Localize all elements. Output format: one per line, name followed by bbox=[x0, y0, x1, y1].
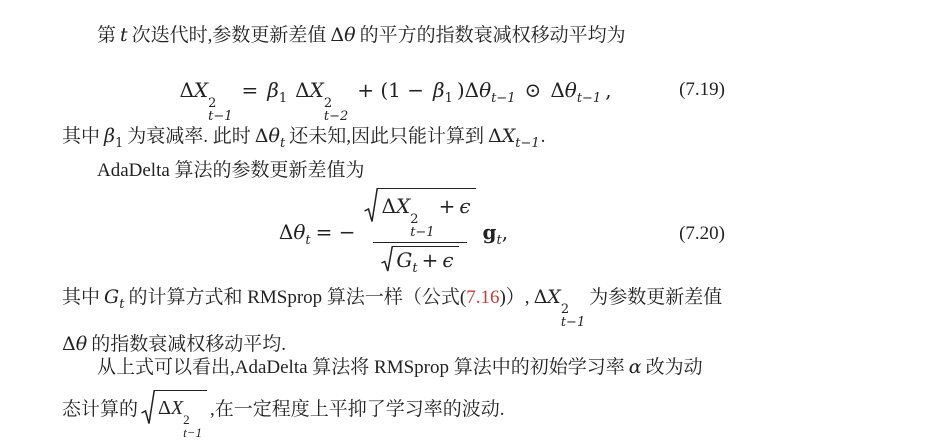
equation-number-7-20: (7.20) bbox=[679, 223, 725, 245]
alpha-symbol: α bbox=[629, 356, 642, 378]
text-run: 态计算的 bbox=[62, 399, 138, 420]
supsub-stack: 2t−1 bbox=[410, 213, 434, 239]
eq20-lhs: Δθt= − bbox=[279, 220, 361, 248]
x-symbol: X bbox=[547, 286, 561, 308]
paragraph-gt-note: 其中Gt的计算方式和 RMSprop 算法一样（公式(7.16)）,ΔX2t−1… bbox=[62, 282, 738, 360]
delta-symbol: Δ bbox=[534, 286, 548, 308]
text-run: )）, bbox=[499, 287, 529, 308]
g-capital-symbol: G bbox=[104, 286, 119, 308]
radical-sign-icon bbox=[364, 188, 378, 224]
text-run: 为参数更新差值 bbox=[589, 287, 722, 308]
comma: , bbox=[605, 78, 611, 102]
delta-symbol: Δ bbox=[295, 78, 309, 102]
x-symbol: X bbox=[396, 194, 410, 218]
theta-symbol: θ bbox=[269, 125, 280, 147]
equation-7-20: Δθt= − ΔX2t−1+ϵ Gt+ϵ gt, (7.20) bbox=[62, 190, 725, 278]
sqrt-radical: ΔX2t−1+ϵ bbox=[364, 188, 475, 239]
radicand: ΔX2t−1 bbox=[155, 390, 207, 439]
math-term-dX2-tm1: ΔX2t−1 bbox=[179, 78, 232, 102]
comma: , bbox=[502, 220, 508, 244]
text-run: 改为动 bbox=[646, 357, 703, 378]
paragraph-ewma-intro: 第t次迭代时,参数更新差值Δθ的平方的指数衰减权移动平均为 bbox=[62, 20, 738, 51]
equation-number-7-19: (7.19) bbox=[679, 66, 725, 114]
inline-math-beta1: β1 bbox=[104, 125, 123, 147]
sqrt-radical: ΔX2t−1 bbox=[141, 390, 207, 439]
math-term-beta1: β1 bbox=[267, 78, 287, 102]
equals-minus: = − bbox=[316, 220, 356, 244]
radical-sign-icon bbox=[141, 390, 155, 426]
textbook-page: 第t次迭代时,参数更新差值Δθ的平方的指数衰减权移动平均为 ΔX2t−1=β1Δ… bbox=[0, 0, 941, 443]
text-run: 从上式可以看出,AdaDelta 算法将 RMSprop 算法中的初始学习率 bbox=[97, 357, 625, 378]
supsub-stack: 2t−2 bbox=[324, 97, 348, 123]
text-run: 为衰减率. 此时 bbox=[127, 126, 251, 147]
text-run: 第 bbox=[97, 25, 116, 46]
sqrt-radical: Gt+ϵ bbox=[381, 246, 458, 280]
inline-math-delta-theta: Δθ bbox=[330, 24, 355, 46]
radical-sign-icon bbox=[381, 246, 393, 273]
delta-symbol: Δ bbox=[465, 78, 479, 102]
text-run: 的平方的指数衰减权移动平均为 bbox=[360, 25, 626, 46]
inline-math-t: t bbox=[120, 24, 128, 46]
x-symbol: X bbox=[502, 125, 516, 147]
inline-math-dX2-tm1: ΔX2t−1 bbox=[534, 286, 586, 308]
paragraph-line: 态计算的ΔX2t−1,在一定程度上平抑了学习率的波动. bbox=[62, 390, 738, 439]
delta-symbol: Δ bbox=[179, 78, 193, 102]
beta-symbol: β bbox=[104, 125, 115, 147]
plus-sign: + bbox=[422, 248, 439, 272]
delta-symbol: Δ bbox=[279, 220, 293, 244]
theta-symbol: θ bbox=[565, 78, 577, 102]
gradient-vector-symbol: g bbox=[483, 220, 497, 244]
theta-symbol: θ bbox=[293, 220, 305, 244]
text-run: AdaDelta 算法的参数更新差值为 bbox=[97, 160, 365, 181]
math-term-dtheta-tm1b: Δθt−1 bbox=[550, 78, 601, 102]
text-run: 次迭代时,参数更新差值 bbox=[132, 25, 327, 46]
math-term-beta1b: β1 bbox=[433, 78, 453, 102]
equation-row: Δθt= − ΔX2t−1+ϵ Gt+ϵ gt, bbox=[62, 190, 725, 278]
beta-symbol: β bbox=[433, 78, 445, 102]
delta-symbol: Δ bbox=[158, 397, 171, 419]
math-term-dtheta-tm1: Δθt−1 bbox=[465, 78, 516, 102]
inline-math-dtheta-t: Δθt bbox=[255, 125, 285, 147]
paragraph-beta-note: 其中β1为衰减率. 此时Δθt还未知,因此只能计算到ΔXt−1. bbox=[62, 121, 738, 159]
x-symbol: X bbox=[194, 78, 208, 102]
fraction-numerator: ΔX2t−1+ϵ bbox=[361, 188, 478, 242]
x-symbol: X bbox=[171, 397, 183, 419]
ref-link-7-16[interactable]: 7.16 bbox=[466, 287, 499, 308]
paragraph-conclusion: 从上式可以看出,AdaDelta 算法将 RMSprop 算法中的初始学习率α改… bbox=[62, 352, 738, 439]
inline-math-G-t: Gt bbox=[104, 286, 124, 308]
epsilon-symbol: ϵ bbox=[459, 194, 470, 218]
plus-open-paren: + (1 − bbox=[357, 78, 424, 102]
equation-7-19: ΔX2t−1=β1ΔX2t−2+ (1 −β1)Δθt−1⊙Δθt−1, (7.… bbox=[62, 66, 725, 114]
x-symbol: X bbox=[310, 78, 324, 102]
text-run: 其中 bbox=[62, 126, 100, 147]
epsilon-symbol: ϵ bbox=[442, 248, 453, 272]
inline-math-dX-tm1: ΔXt−1 bbox=[488, 125, 540, 147]
text-run: 其中 bbox=[62, 287, 100, 308]
paragraph-line: 其中Gt的计算方式和 RMSprop 算法一样（公式(7.16)）,ΔX2t−1… bbox=[62, 282, 738, 329]
text-run: 的计算方式和 RMSprop 算法一样（公式( bbox=[128, 287, 466, 308]
delta-symbol: Δ bbox=[381, 194, 395, 218]
theta-symbol: θ bbox=[479, 78, 491, 102]
fraction-denominator: Gt+ϵ bbox=[373, 242, 466, 280]
odot-operator: ⊙ bbox=[525, 78, 542, 102]
g-capital-symbol: G bbox=[396, 248, 412, 272]
plus-sign: + bbox=[439, 194, 456, 218]
delta-symbol: Δ bbox=[255, 125, 269, 147]
equals-sign: = bbox=[242, 78, 259, 102]
supsub-stack: 2t−1 bbox=[208, 97, 232, 123]
paragraph-line: 从上式可以看出,AdaDelta 算法将 RMSprop 算法中的初始学习率α改… bbox=[62, 352, 738, 383]
theta-symbol: θ bbox=[344, 24, 355, 46]
beta-symbol: β bbox=[267, 78, 279, 102]
fraction: ΔX2t−1+ϵ Gt+ϵ bbox=[361, 188, 478, 280]
close-paren: ) bbox=[457, 78, 465, 102]
paragraph-adadelta-update: AdaDelta 算法的参数更新差值为 bbox=[62, 156, 738, 186]
period: . bbox=[541, 126, 546, 147]
radicand: ΔX2t−1+ϵ bbox=[378, 188, 475, 239]
delta-symbol: Δ bbox=[330, 24, 344, 46]
delta-symbol: Δ bbox=[550, 78, 564, 102]
math-term-dX2-tm2: ΔX2t−2 bbox=[295, 78, 348, 102]
radicand: Gt+ϵ bbox=[393, 246, 458, 280]
supsub-stack: 2t−1 bbox=[183, 413, 202, 439]
supsub-stack: 2t−1 bbox=[561, 303, 585, 329]
text-run: ,在一定程度上平抑了学习率的波动. bbox=[210, 399, 505, 420]
text-run: 还未知,因此只能计算到 bbox=[289, 126, 484, 147]
delta-symbol: Δ bbox=[488, 125, 502, 147]
eq20-rhs-tail: gt, bbox=[480, 220, 509, 248]
